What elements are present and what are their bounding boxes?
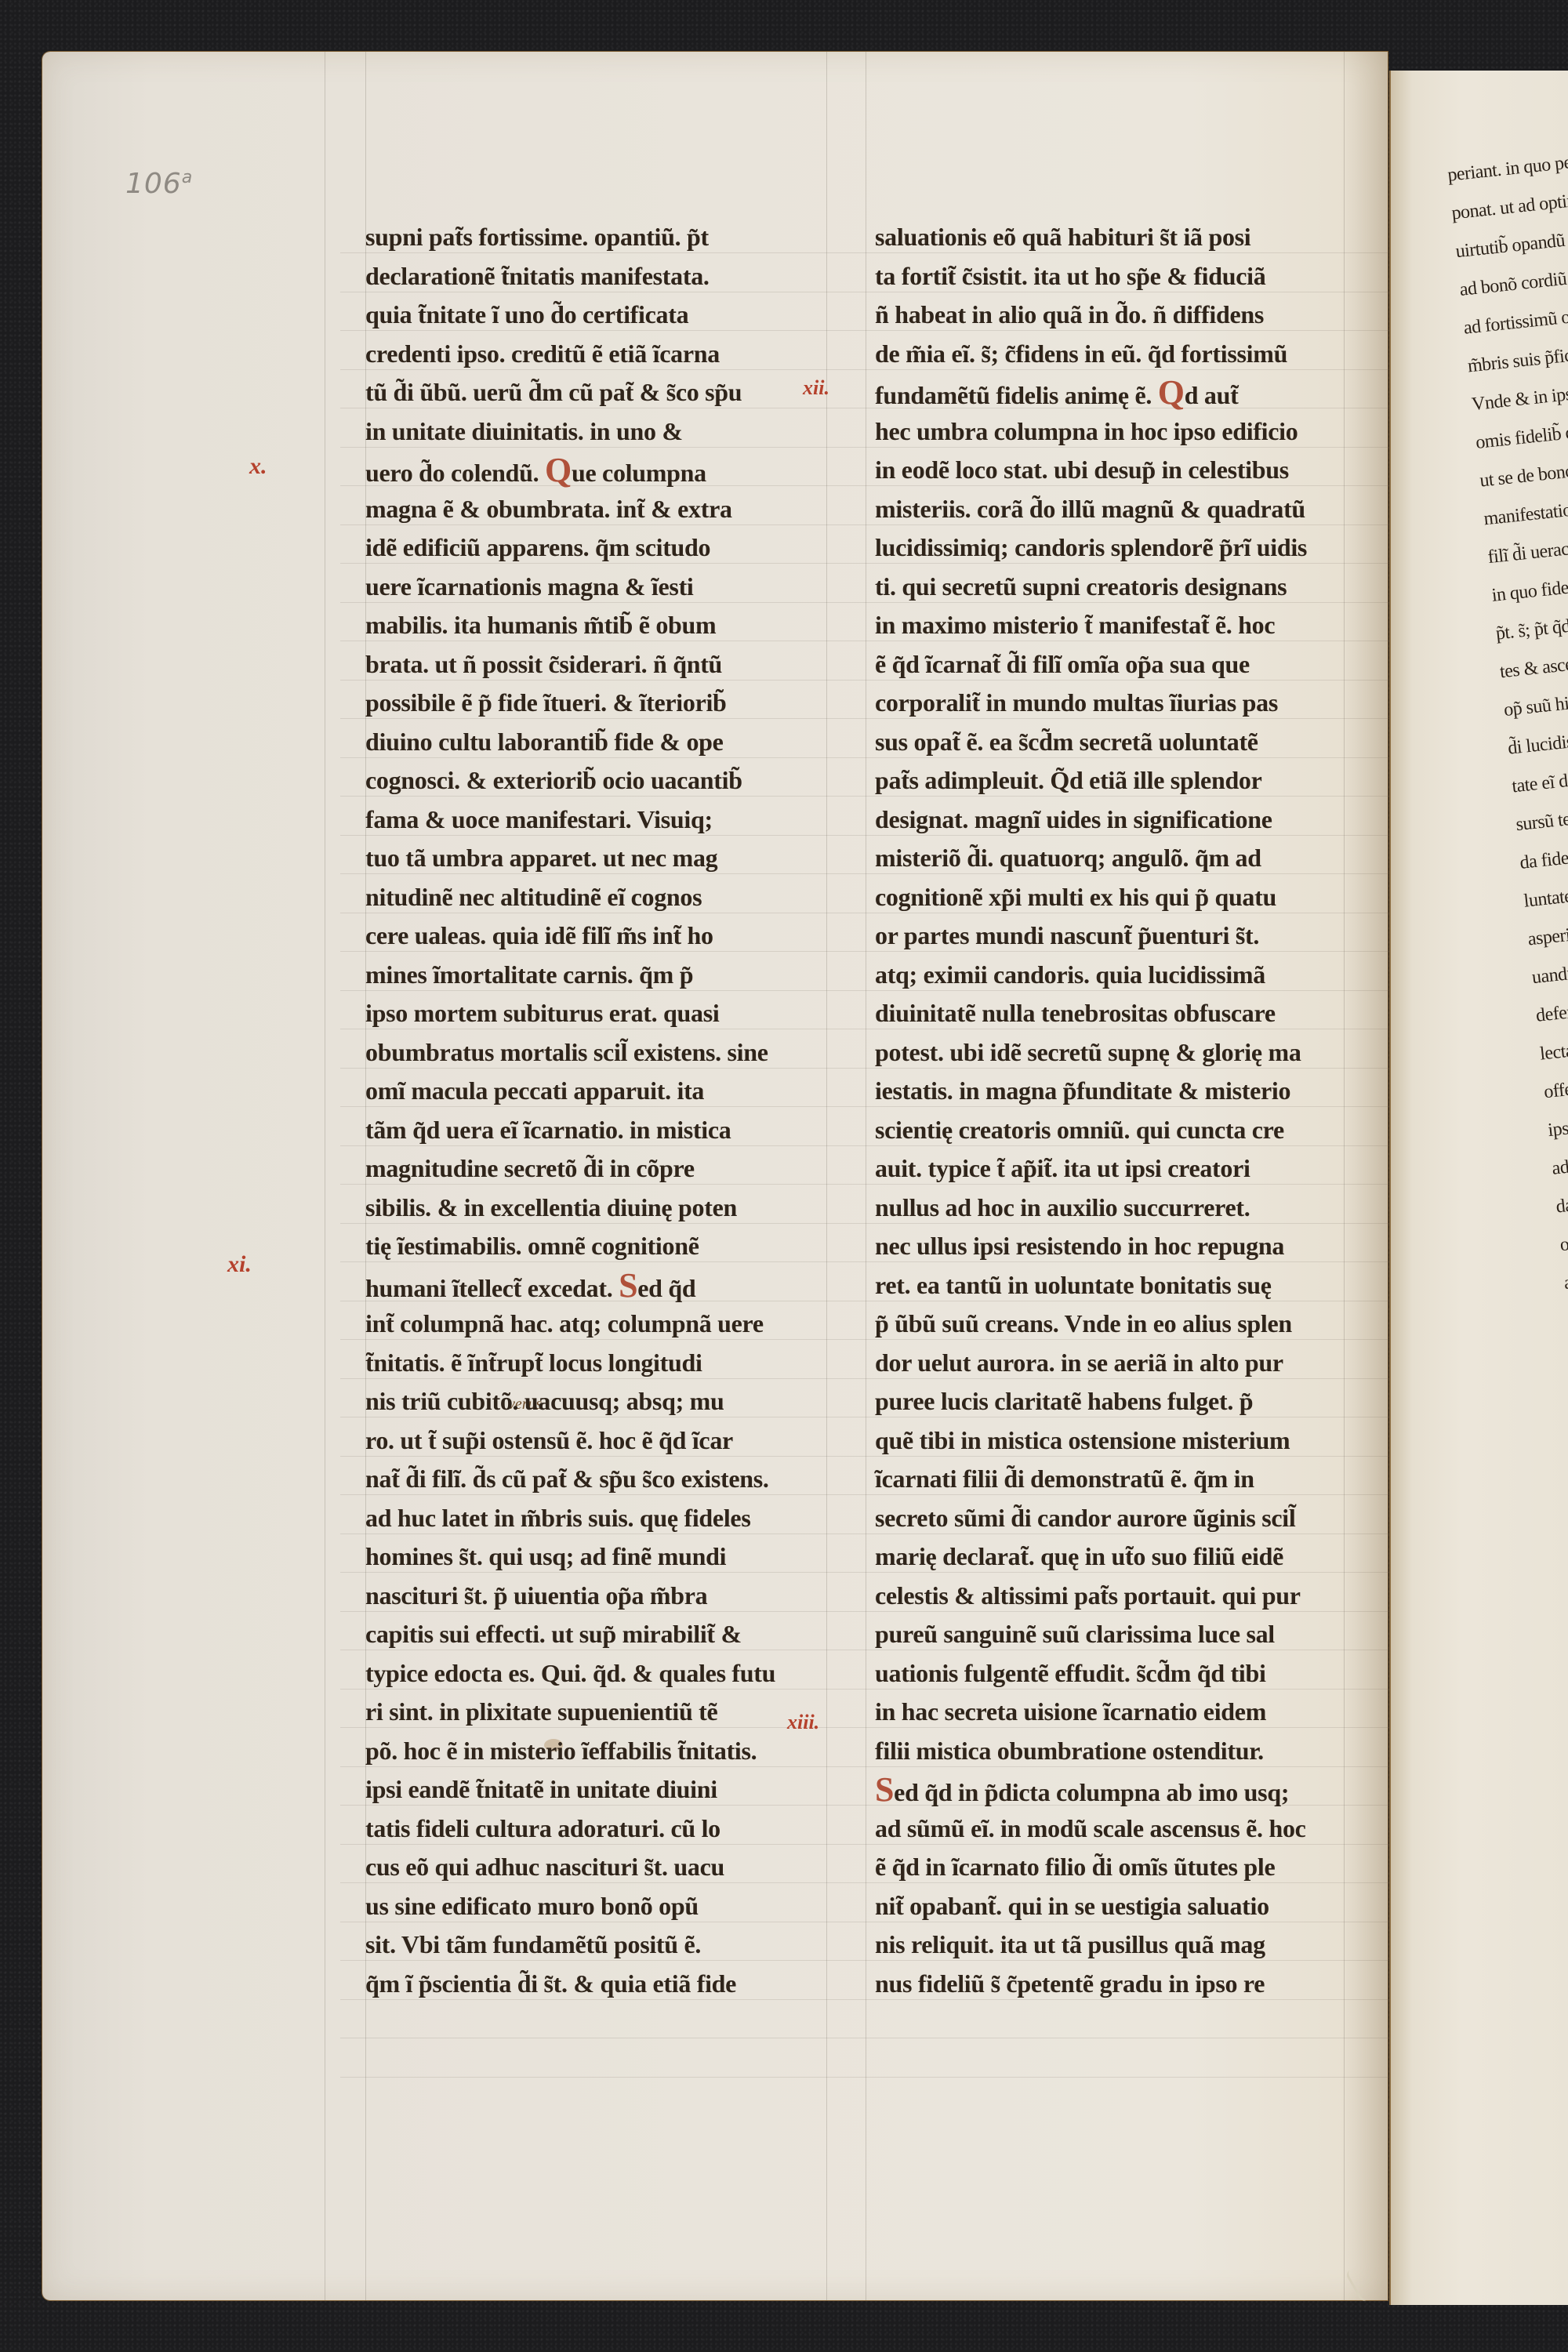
text-line: uere ĩcarnationis magna & ĩesti	[365, 568, 804, 607]
text-line: uationis fulgentẽ effudit. s̃cd̃m q̃d t…	[875, 1654, 1353, 1693]
text-line: cognitionẽ xp̃i multi ex his qui p̃ qua…	[875, 878, 1353, 917]
text-line: celestis & altissimi pat̃s portauit. qui…	[875, 1577, 1353, 1616]
text-line: puree lucis claritatẽ habens fulget. p̃	[875, 1382, 1353, 1421]
text-line: ro. ut t̃ sup̃i ostensũ ẽ. hoc ẽ q̃d …	[365, 1421, 804, 1461]
text-column-left: supni pat̃s fortissime. opantiũ. p̃t de…	[365, 218, 804, 2003]
text-line: ri sint. in plixitate supuenientiũ tẽ	[365, 1693, 804, 1732]
text-line: ẽ q̃d in ĩcarnato filio d̃i omĩs ũtu…	[875, 1848, 1353, 1887]
text-line: tãm q̃d uera eĩ ĩcarnatio. in mistica	[365, 1111, 804, 1150]
text-line: q̃m ĩ p̃scientia d̃i s̃t. & quia etiã …	[365, 1965, 804, 2004]
text-line: ret. ea tantũ in uoluntate bonitatis su…	[875, 1266, 1353, 1305]
text-line: us sine edificato muro bonõ opũ	[365, 1887, 804, 1926]
text-line: nus fideliũ s̃ c̃petentẽ gradu in ipso…	[875, 1965, 1353, 2004]
text-line: atq; eximii candoris. quia lucidissimã	[875, 956, 1353, 995]
text-line: designat. magnĩ uides in significatione	[875, 800, 1353, 840]
text-line: tatis fideli cultura adoraturi. cũ lo	[365, 1809, 804, 1849]
text-line: mines ĩmortalitate carnis. q̃m p̃	[365, 956, 804, 995]
text-line: mabilis. ita humanis m̃tib̃ ẽ obum	[365, 606, 804, 645]
text-line: ĩcarnati filii d̃i demonstratũ ẽ. q̃m…	[875, 1460, 1353, 1499]
text-line: ẽ q̃d ĩcarnat̃ d̃i filĩ omĩa op̃a su…	[875, 645, 1353, 684]
text-line: sibilis. & in excellentia diuinę poten	[365, 1189, 804, 1228]
text-line: int̃ columpnã hac. atq; columpnã uere	[365, 1305, 804, 1344]
text-line: fama & uoce manifestari. Visuiq;	[365, 800, 804, 840]
text-line: nitudinẽ nec altitudinẽ eĩ cognos	[365, 878, 804, 917]
text-line: iestatis. in magna p̃funditate & misteri…	[875, 1072, 1353, 1111]
text-line: potest. ubi idẽ secretũ supnę & glori…	[875, 1033, 1353, 1073]
text-line: secreto sũmi d̃i candor aurore ũginis …	[875, 1499, 1353, 1538]
facing-page-text: periant. in quo pede in ponat. ut ad opt…	[1446, 136, 1568, 1915]
text-line: or partes mundi nascunt̃ p̃uenturi s̃t.	[875, 916, 1353, 956]
text-line: tuo tã umbra apparet. ut nec mag	[365, 839, 804, 878]
text-line: ti. qui secretũ supni creatoris designa…	[875, 568, 1353, 607]
facing-leaf: periant. in quo pede in ponat. ut ad opt…	[1389, 71, 1568, 2305]
text-line: nat̃ d̃i filĩ. d̃s cũ pat̃ & sp̃u s̃co…	[365, 1460, 804, 1499]
text-line: misteriis. corã d̃o illũ magnũ & quad…	[875, 490, 1353, 529]
text-line: nascituri s̃t. p̃ uiuentia op̃a m̃bra	[365, 1577, 804, 1616]
text-line: quẽ tibi in mistica ostensione misteriu…	[875, 1421, 1353, 1461]
text-line: capitis sui effecti. ut sup̃ mirabilit̃ …	[365, 1615, 804, 1654]
ruling-line	[340, 2038, 1391, 2038]
manuscript-viewer: 106a x. xi. xii. xiii. verus supni pat̃s…	[0, 0, 1568, 2352]
rubricated-initial: Q	[1158, 373, 1185, 412]
text-line: ipso mortem subiturus erat. quasi	[365, 994, 804, 1033]
text-line: pat̃s adimpleuit. Q̃d etiã ille splendo…	[875, 761, 1353, 800]
text-line: possibile ẽ p̃ fide ĩtueri. & ĩterior…	[365, 684, 804, 723]
text-line: typice edocta es. Qui. q̃d. & quales fut…	[365, 1654, 804, 1693]
text-line: quia t̃nitate ĩ uno d̃o certificata	[365, 296, 804, 335]
text-line: nis reliquit. ita ut tã pusillus quã m…	[875, 1926, 1353, 1965]
text-line: nis triũ cubitõ. uacuusq; absq; mu	[365, 1382, 804, 1421]
text-line: de m̃ia eĩ. s̃; c̃fidens in eũ. q̃d fo…	[875, 335, 1353, 374]
text-line: ñ habeat in alio quã in d̃o. ñ diffid…	[875, 296, 1353, 335]
text-line: nec ullus ipsi resistendo in hoc repugna	[875, 1227, 1353, 1266]
text-line: fundamẽtũ fidelis animę ẽ. Qd aut̃	[875, 373, 1353, 412]
text-line: homines s̃t. qui usq; ad finẽ mundi	[365, 1537, 804, 1577]
text-column-right: saluationis eõ quã habituri s̃t iã po…	[875, 218, 1353, 2003]
text-line: uero d̃o colendũ. Que columpna	[365, 451, 804, 490]
text-line: lucidissimiq; candoris splendorẽ p̃rĩ …	[875, 528, 1353, 568]
text-line: marię declarat̃. quę in ut̃o suo filiu…	[875, 1537, 1353, 1577]
text-line: nullus ad hoc in auxilio succurreret.	[875, 1189, 1353, 1228]
text-line: humani ĩtellect̃ excedat. Sed q̃d	[365, 1266, 804, 1305]
rubricated-initial: S	[619, 1266, 637, 1305]
text-line: tũ d̃i ũbũ. uerũ d̃m cũ pat̃ & s̃co…	[365, 373, 804, 412]
text-line: diuinitatẽ nulla tenebrositas obfuscare	[875, 994, 1353, 1033]
text-line: ipsi eandẽ t̃nitatẽ in unitate diuini	[365, 1770, 804, 1809]
text-line: in hac secreta uisione ĩcarnatio eidem	[875, 1693, 1353, 1732]
text-line: cus eõ qui adhuc nascituri s̃t. uacu	[365, 1848, 804, 1887]
text-line: omĩ macula peccati apparuit. ita	[365, 1072, 804, 1111]
text-line: ad sũmũ eĩ. in modũ scale ascensus e…	[875, 1809, 1353, 1849]
text-line: magnitudine secretõ d̃i in cõpre	[365, 1149, 804, 1189]
text-line: scientię creatoris omniũ. qui cuncta c…	[875, 1111, 1353, 1150]
margin-numeral-x: x.	[249, 453, 267, 480]
text-line: idẽ edificiũ apparens. q̃m scitudo	[365, 528, 804, 568]
text-line: ad huc latet in m̃bris suis. quę fidele…	[365, 1499, 804, 1538]
text-line: saluationis eõ quã habituri s̃t iã po…	[875, 218, 1353, 257]
text-line: diuino cultu laborantib̃ fide & ope	[365, 723, 804, 762]
text-line: obumbratus mortalis scil̃ existens. sine	[365, 1033, 804, 1073]
text-line: hec umbra columpna in hoc ipso edificio	[875, 412, 1353, 452]
ruling-line	[325, 52, 325, 2300]
text-line: cognosci. & exteriorib̃ ocio uacantib̃	[365, 761, 804, 800]
text-line: misteriõ d̃i. quatuorq; angulõ. q̃m ad	[875, 839, 1353, 878]
text-line: corporalit̃ in mundo multas ĩiurias pas	[875, 684, 1353, 723]
margin-numeral-xii: xii.	[803, 376, 829, 400]
text-line: tię ĩestimabilis. omnẽ cognitionẽ	[365, 1227, 804, 1266]
text-line: ta fortit̃ c̃sistit. ita ut ho sp̃e & fi…	[875, 257, 1353, 296]
text-line: põ. hoc ẽ in misterio ĩeffabilis t̃ni…	[365, 1732, 804, 1771]
rubricated-initial: Q	[545, 451, 572, 489]
text-line: cere ualeas. quia idẽ filĩ m̃s int̃ ho	[365, 916, 804, 956]
text-line: p̃ ũbũ suũ creans. Vnde in eo alius s…	[875, 1305, 1353, 1344]
text-line: dor uelut aurora. in se aeriã in alto p…	[875, 1344, 1353, 1383]
text-line: in unitate diuinitatis. in uno &	[365, 412, 804, 452]
text-line: pureũ sanguinẽ suũ clarissima luce sa…	[875, 1615, 1353, 1654]
text-line: brata. ut ñ possit c̃siderari. ñ q̃ntu…	[365, 645, 804, 684]
rubricated-initial: S	[875, 1770, 894, 1809]
text-line: magna ẽ & obumbrata. int̃ & extra	[365, 490, 804, 529]
text-line: credenti ipso. creditũ ẽ etiã ĩcarna	[365, 335, 804, 374]
text-line: in maximo misterio t̃ manifestat̃ ẽ. ho…	[875, 606, 1353, 645]
folio-number: 106a	[125, 168, 193, 200]
text-line: sit. Vbi tãm fundamẽtũ positũ ẽ.	[365, 1926, 804, 1965]
text-line: t̃nitatis. ẽ ĩnt̃rupt̃ locus longitudi	[365, 1344, 804, 1383]
text-line: filii mistica obumbratione ostenditur.	[875, 1732, 1353, 1771]
margin-numeral-xi: xi.	[227, 1251, 252, 1278]
text-line: declarationẽ t̃nitatis manifestata.	[365, 257, 804, 296]
text-line: in eodẽ loco stat. ubi desup̃ in celest…	[875, 451, 1353, 490]
text-line: sus opat̃ ẽ. ea s̃cd̃m secretã uolunta…	[875, 723, 1353, 762]
ruling-line	[866, 52, 866, 2300]
text-line: auit. typice t̃ ap̃it̃. ita ut ipsi crea…	[875, 1149, 1353, 1189]
text-line: nit̃ opabant̃. qui in se uestigia saluat…	[875, 1887, 1353, 1926]
text-line: supni pat̃s fortissime. opantiũ. p̃t	[365, 218, 804, 257]
text-line: Sed q̃d in p̃dicta columpna ab imo usq;	[875, 1770, 1353, 1809]
ruling-line	[340, 2077, 1391, 2078]
